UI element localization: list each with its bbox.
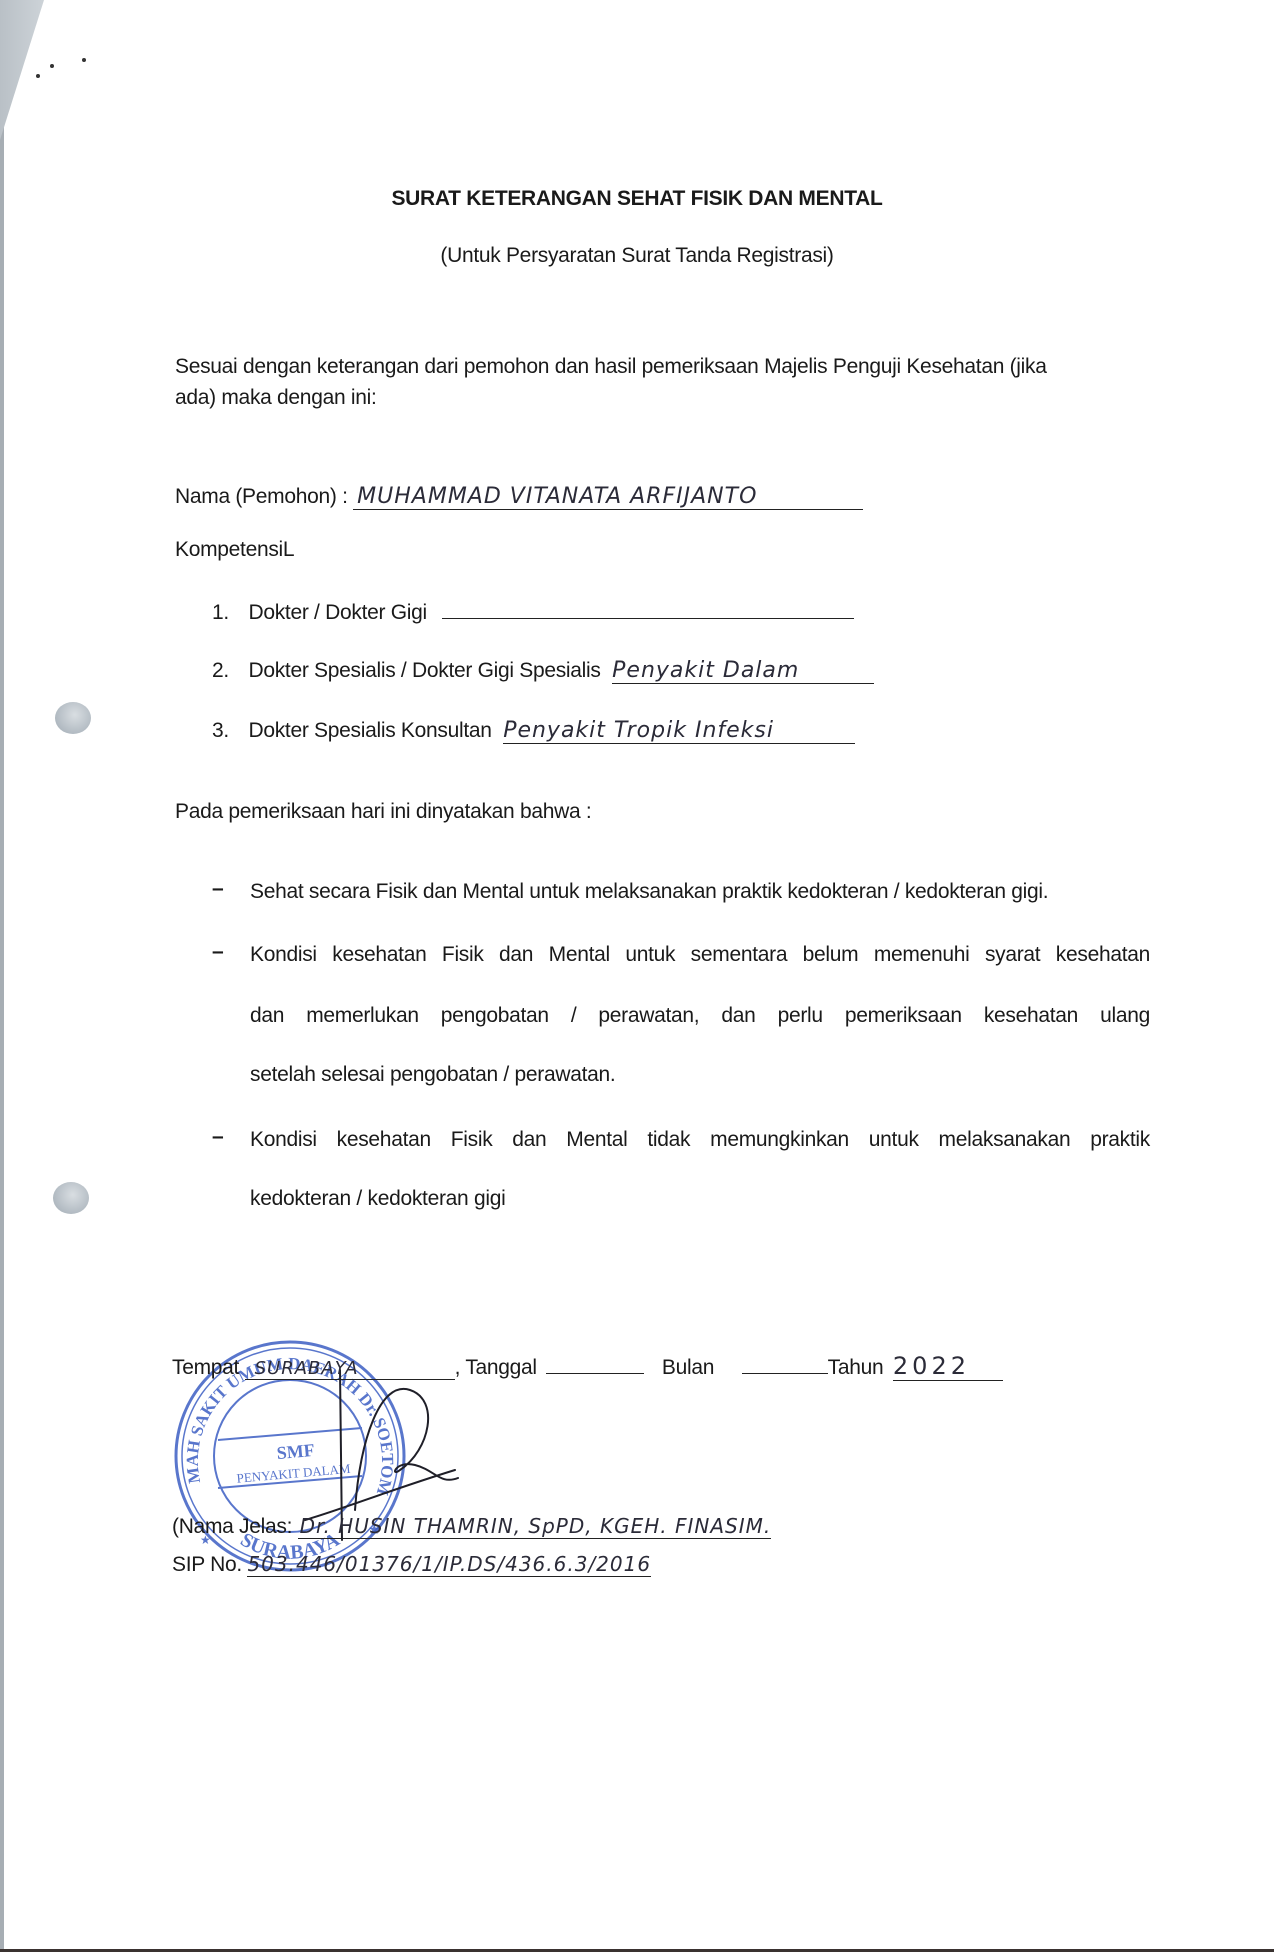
competency-label-text: Dokter Spesialis / Dokter Gigi Spesialis xyxy=(248,659,600,682)
document-title: SURAT KETERANGAN SEHAT FISIK DAN MENTAL xyxy=(0,187,1274,211)
competency-number: 1. xyxy=(212,601,229,624)
competency-field-2[interactable]: Penyakit Dalam xyxy=(612,658,874,684)
applicant-name-field[interactable]: MUHAMMAD VITANATA ARFIJANTO xyxy=(353,484,863,510)
place-label: Tempat xyxy=(172,1356,239,1379)
month-field[interactable] xyxy=(742,1353,828,1374)
scan-specks xyxy=(34,52,94,82)
place-date-row: Tempat SURABAYA, Tanggal Bulan Tahun 202… xyxy=(172,1352,1003,1381)
statement-dash-2: – xyxy=(212,940,223,964)
signer-name-field[interactable]: Dr. HUSIN THAMRIN, SpPD, KGEH. FINASIM. xyxy=(298,1514,772,1539)
statement-dash-1: – xyxy=(212,877,223,901)
signer-name-label: (Nama Jelas: xyxy=(172,1515,292,1538)
sip-label: SIP No. xyxy=(172,1553,242,1576)
competency-number: 2. xyxy=(212,659,229,682)
punch-hole-bottom xyxy=(53,1182,89,1214)
competency-field-1[interactable] xyxy=(442,596,854,619)
document-subtitle: (Untuk Persyaratan Surat Tanda Registras… xyxy=(0,244,1274,268)
statement-3-line-1: Kondisi kesehatan Fisik dan Mental tidak… xyxy=(250,1128,1150,1152)
date-label: , Tanggal xyxy=(455,1356,537,1379)
competency-number: 3. xyxy=(212,719,229,742)
competency-label: KompetensiL xyxy=(175,538,294,562)
statement-2-line-1: Kondisi kesehatan Fisik dan Mental untuk… xyxy=(250,943,1150,967)
place-field[interactable]: SURABAYA xyxy=(245,1358,455,1380)
statement-dash-3: – xyxy=(212,1125,223,1149)
year-field[interactable]: 2022 xyxy=(893,1352,1003,1381)
date-field[interactable] xyxy=(546,1353,644,1374)
intro-line-1: Sesuai dengan keterangan dari pemohon da… xyxy=(175,355,1047,379)
competency-label-text: Dokter / Dokter Gigi xyxy=(248,601,426,624)
competency-label-text: Dokter Spesialis Konsultan xyxy=(248,719,491,742)
applicant-label: Nama (Pemohon) : xyxy=(175,485,348,508)
competency-item-2: 2. Dokter Spesialis / Dokter Gigi Spesia… xyxy=(212,658,874,684)
statement-2-line-3: setelah selesai pengobatan / perawatan. xyxy=(250,1063,615,1087)
competency-field-3[interactable]: Penyakit Tropik Infeksi xyxy=(503,718,855,744)
intro-line-2: ada) maka dengan ini: xyxy=(175,386,377,410)
sip-row: SIP No. 503.446/01376/1/IP.DS/436.6.3/20… xyxy=(172,1552,651,1577)
competency-item-1: 1. Dokter / Dokter Gigi xyxy=(212,596,854,625)
applicant-row: Nama (Pemohon) : MUHAMMAD VITANATA ARFIJ… xyxy=(175,484,863,510)
sip-field[interactable]: 503.446/01376/1/IP.DS/436.6.3/2016 xyxy=(247,1552,651,1577)
competency-item-3: 3. Dokter Spesialis Konsultan Penyakit T… xyxy=(212,718,855,744)
signer-name-row: (Nama Jelas: Dr. HUSIN THAMRIN, SpPD, KG… xyxy=(172,1514,771,1539)
statement-2-line-2: dan memerlukan pengobatan / perawatan, d… xyxy=(250,1004,1150,1028)
scan-edge-left xyxy=(0,0,4,1952)
month-label: Bulan xyxy=(662,1356,714,1379)
statement-1-line-1: Sehat secara Fisik dan Mental untuk mela… xyxy=(250,880,1048,904)
punch-hole-top xyxy=(55,702,91,734)
statement-intro: Pada pemeriksaan hari ini dinyatakan bah… xyxy=(175,800,591,824)
statement-3-line-2: kedokteran / kedokteran gigi xyxy=(250,1187,505,1211)
year-label: Tahun xyxy=(828,1356,884,1379)
